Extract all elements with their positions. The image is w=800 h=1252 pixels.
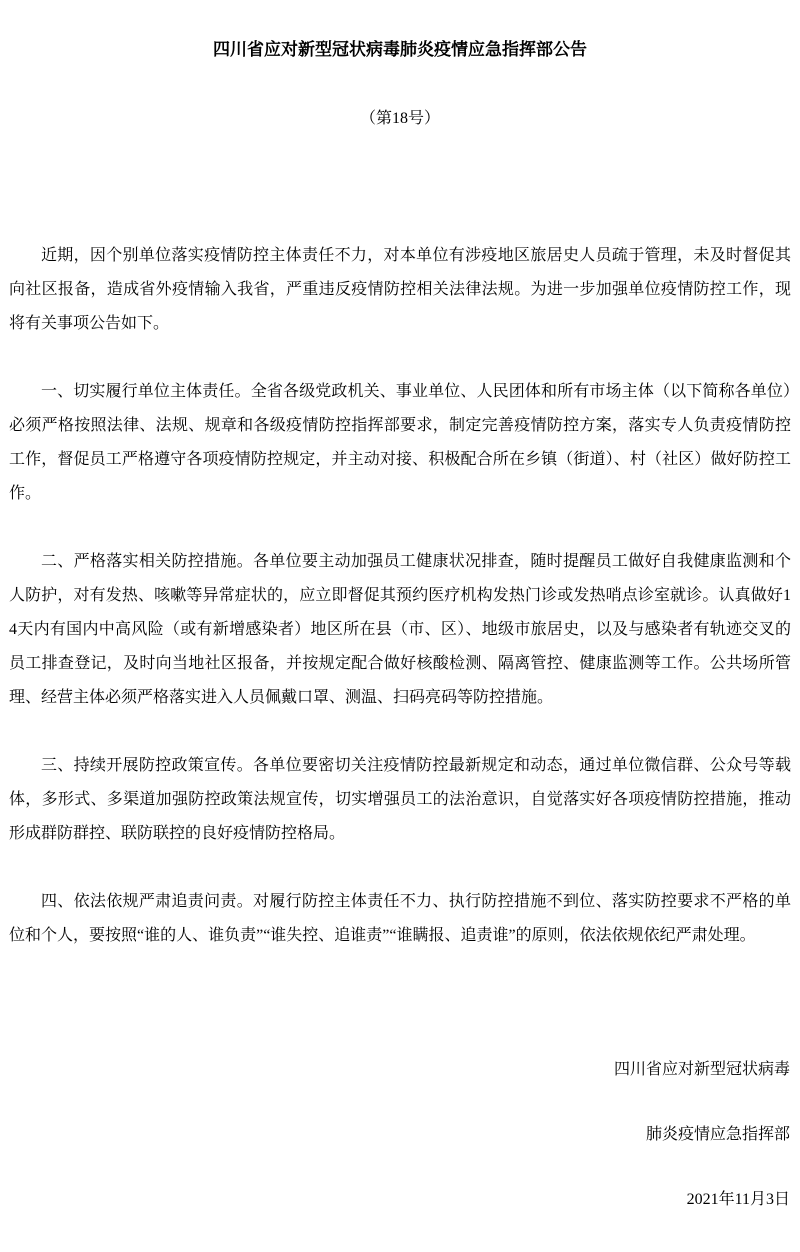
signature-date: 2021年11月3日 (0, 1183, 790, 1217)
body-paragraph-item-4: 四、依法依规严肃追责问责。对履行防控主体责任不力、执行防控措施不到位、落实防控要… (9, 885, 791, 953)
document-number: （第18号） (0, 109, 800, 129)
body-paragraph-item-1: 一、切实履行单位主体责任。全省各级党政机关、事业单位、人民团体和所有市场主体（以… (9, 375, 791, 511)
body-paragraph-intro: 近期，因个别单位落实疫情防控主体责任不力，对本单位有涉疫地区旅居史人员疏于管理，… (9, 239, 791, 341)
body-paragraph-item-2: 二、严格落实相关防控措施。各单位要主动加强员工健康状况排查，随时提醒员工做好自我… (9, 545, 791, 715)
announcement-document: 四川省应对新型冠状病毒肺炎疫情应急指挥部公告 （第18号） 近期，因个别单位落实… (0, 0, 800, 1252)
signature-org-line-2: 肺炎疫情应急指挥部 (0, 1118, 790, 1152)
document-title: 四川省应对新型冠状病毒肺炎疫情应急指挥部公告 (0, 11, 800, 61)
document-body: 近期，因个别单位落实疫情防控主体责任不力，对本单位有涉疫地区旅居史人员疏于管理，… (0, 239, 800, 953)
body-paragraph-item-3: 三、持续开展防控政策宣传。各单位要密切关注疫情防控最新规定和动态，通过单位微信群… (9, 749, 791, 851)
signature-block: 四川省应对新型冠状病毒 肺炎疫情应急指挥部 2021年11月3日 (0, 1053, 800, 1217)
signature-org-line-1: 四川省应对新型冠状病毒 (0, 1053, 790, 1087)
